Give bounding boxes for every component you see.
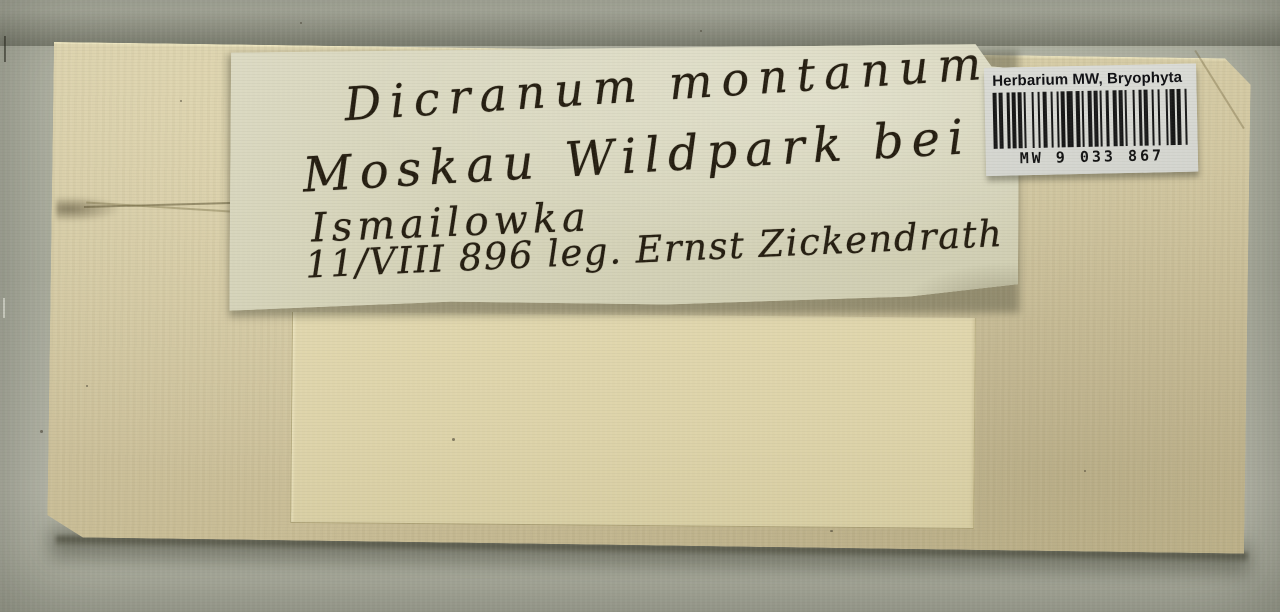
- speck: [1084, 470, 1086, 472]
- specimen-photo: Dicranum montanum Moskau Wildpark bei Is…: [0, 0, 1280, 612]
- handwritten-label: Dicranum montanum Moskau Wildpark bei Is…: [228, 44, 1020, 312]
- speck: [452, 438, 455, 441]
- barcode-number: MW 9 033 867: [994, 146, 1190, 168]
- barcode: [993, 89, 1188, 149]
- barcode-bar: [1184, 89, 1187, 145]
- envelope-flap: [290, 312, 976, 529]
- barcode-label: Herbarium MW, Bryophyta MW 9 033 867: [984, 64, 1198, 176]
- side-fold-shadow: [56, 196, 122, 222]
- photo-edge-mark: [4, 36, 6, 62]
- speck: [40, 430, 43, 433]
- background-shadow-band: [0, 10, 1280, 46]
- speck: [300, 22, 302, 24]
- speck: [700, 30, 702, 32]
- speck: [86, 385, 88, 387]
- herbarium-title: Herbarium MW, Bryophyta: [992, 69, 1188, 90]
- speck: [180, 100, 182, 102]
- speck: [830, 530, 833, 532]
- photo-edge-mark: [3, 298, 5, 318]
